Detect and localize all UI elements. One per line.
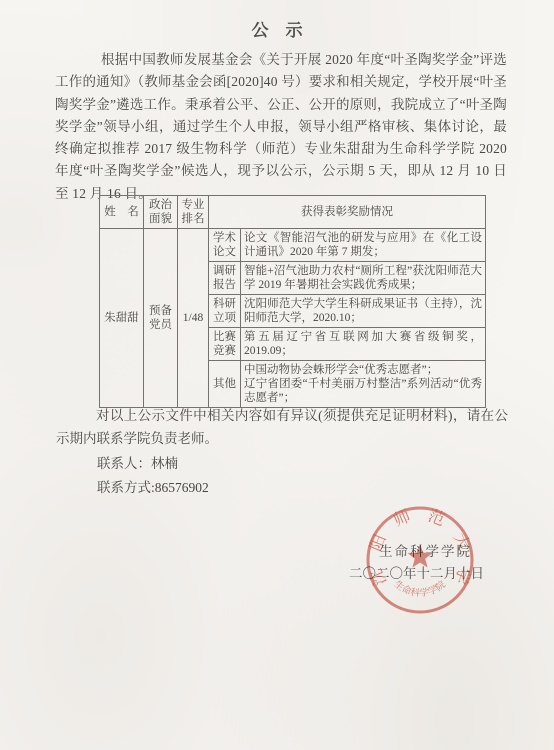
cell-political-status: 预备党员 [144, 229, 178, 408]
page-title: 公 示 [0, 16, 554, 41]
cell-major-rank: 1/48 [178, 229, 209, 408]
header-political-status: 政治面貌 [144, 196, 178, 229]
cell-award-category-2: 科研立项 [209, 295, 241, 328]
official-seal-stamp-icon: 沈阳师范大学 生命科学学院 [355, 495, 485, 625]
cell-award-content-4: 中国动物协会蛛形学会“优秀志愿者”； 辽宁省团委“千村美丽万村整洁”系列活动“优… [241, 361, 486, 408]
cell-award-content-2: 沈阳师范大学大学生科研成果证书（主持），沈阳师范大学，2020.10； [241, 295, 486, 328]
header-major-rank: 专业排名 [178, 196, 209, 229]
objection-paragraph: 对以上公示文件中相关内容如有异议(须提供充足证明材料)，请在公示期内联系学院负责… [56, 404, 508, 450]
cell-award-content-3: 第五届辽宁省互联网加大赛省级铜奖，2019.09； [241, 328, 486, 361]
svg-text:生命科学学院: 生命科学学院 [392, 578, 449, 599]
cell-award-category-1: 调研报告 [209, 262, 241, 295]
header-awards: 获得表彰奖励情况 [209, 196, 486, 229]
cell-award-content-0: 论文《智能沼气池的研发与应用》在《化工设计通讯》2020 年第 7 期发； [241, 229, 486, 262]
awards-table: 姓 名 政治面貌 专业排名 获得表彰奖励情况 朱甜甜 预备党员 1/48 学术论… [99, 195, 486, 408]
contact-person: 联系人：林楠 [97, 452, 178, 472]
header-name: 姓 名 [100, 196, 144, 229]
cell-student-name: 朱甜甜 [100, 229, 144, 408]
seal-star-icon [408, 544, 433, 568]
table-row: 朱甜甜 预备党员 1/48 学术论文 论文《智能沼气池的研发与应用》在《化工设计… [100, 229, 486, 262]
cell-award-category-4: 其他 [209, 361, 241, 408]
seal-bottom-text: 生命科学学院 [392, 578, 449, 599]
cell-award-content-1: 智能+沼气池助力农村“厕所工程”获沈阳师范大学 2019 年暑期社会实践优秀成果… [241, 262, 486, 295]
award-content-4-line-2: 辽宁省团委“千村美丽万村整洁”系列活动“优秀志愿者”； [244, 377, 482, 405]
award-content-4-line-1: 中国动物协会蛛形学会“优秀志愿者”； [244, 363, 482, 377]
cell-award-category-3: 比赛竞赛 [209, 328, 241, 361]
contact-phone: 联系方式:86576902 [97, 476, 209, 496]
scanned-notice-page: 公 示 根据中国教师发展基金会《关于开展 2020 年度“叶圣陶奖学金”评选工作… [0, 0, 554, 750]
cell-award-category-0: 学术论文 [209, 229, 241, 262]
table-header-row: 姓 名 政治面貌 专业排名 获得表彰奖励情况 [100, 196, 486, 229]
notice-body-paragraph: 根据中国教师发展基金会《关于开展 2020 年度“叶圣陶奖学金”评选工作的通知》… [55, 49, 507, 205]
